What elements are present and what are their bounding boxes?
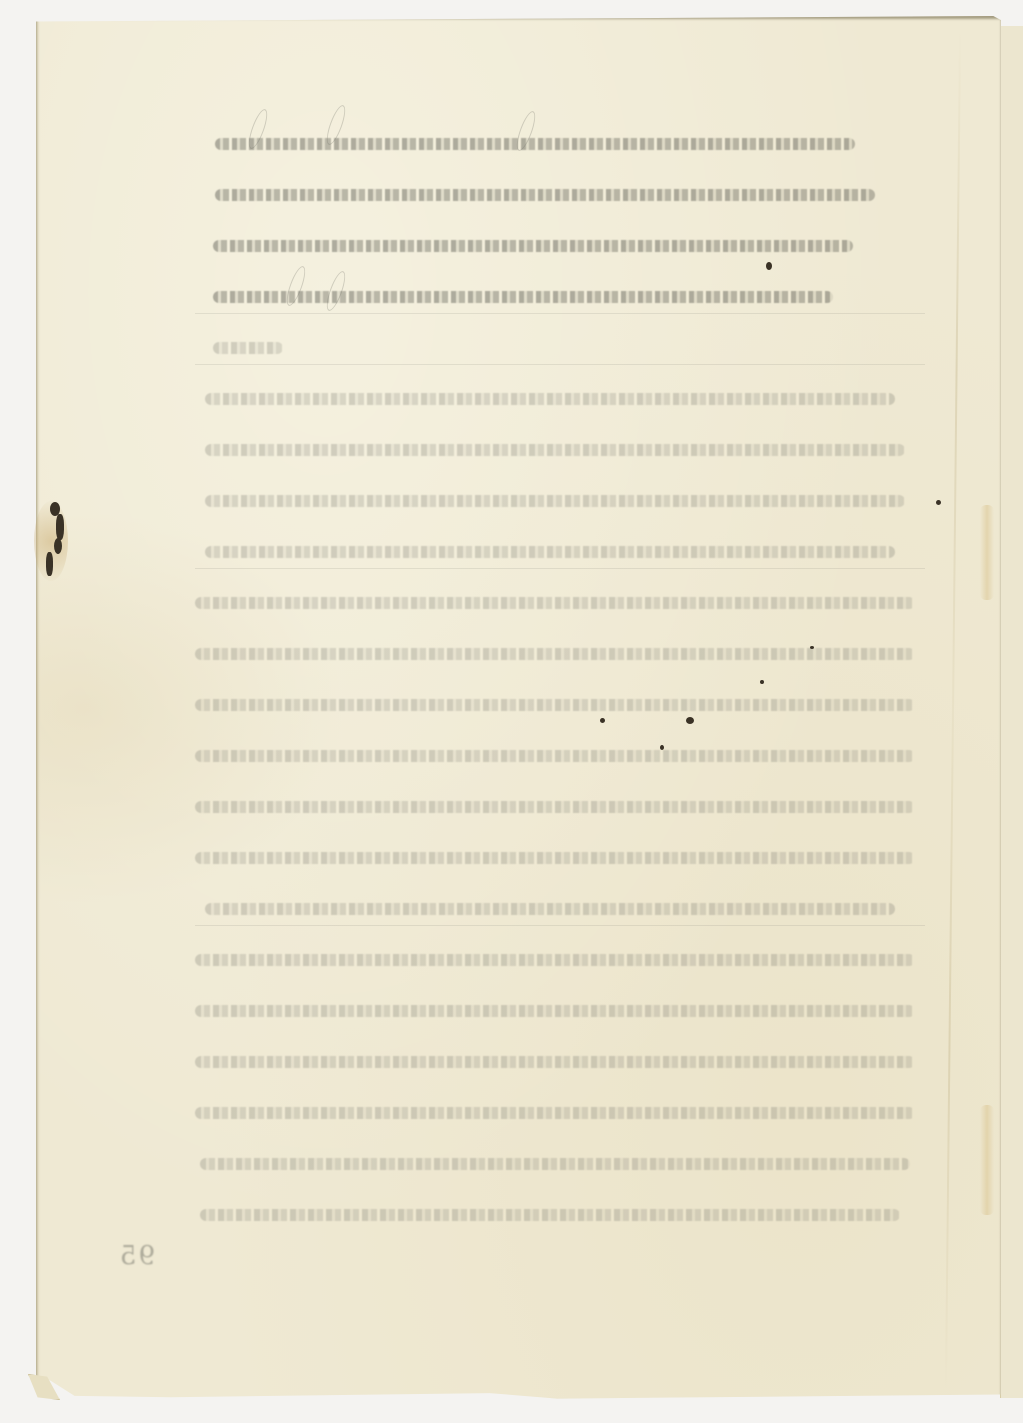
show-through-line <box>205 834 925 880</box>
show-through-line <box>205 885 925 931</box>
adjacent-leaf-edge <box>1000 26 1023 1398</box>
show-through-line <box>205 273 925 319</box>
show-through-line <box>205 783 925 829</box>
show-through-line <box>205 1038 925 1084</box>
ink-speck <box>600 718 605 723</box>
show-through-line <box>205 171 925 217</box>
ink-speck <box>810 646 814 649</box>
show-through-line <box>205 1191 925 1237</box>
burnt-tear <box>34 496 74 586</box>
ink-speck <box>660 745 664 750</box>
ink-speck <box>766 262 772 270</box>
show-through-line <box>205 1089 925 1135</box>
show-through-line <box>205 579 925 625</box>
show-through-line <box>205 426 925 472</box>
show-through-line <box>205 324 925 370</box>
show-through-line <box>205 732 925 778</box>
show-through-line <box>205 120 925 166</box>
show-through-line <box>205 936 925 982</box>
ink-speck <box>686 717 694 724</box>
show-through-line <box>205 987 925 1033</box>
edge-wear <box>980 1105 994 1215</box>
edge-wear <box>980 505 994 600</box>
show-through-line <box>205 477 925 523</box>
show-through-line <box>205 375 925 421</box>
page-number-mirrored: 95 <box>118 1241 155 1271</box>
show-through-line <box>205 1140 925 1186</box>
show-through-line <box>205 528 925 574</box>
show-through-line <box>205 630 925 676</box>
show-through-text <box>205 120 925 1242</box>
ink-speck <box>760 680 764 684</box>
show-through-line <box>205 222 925 268</box>
ink-speck <box>936 500 941 505</box>
show-through-line <box>205 681 925 727</box>
